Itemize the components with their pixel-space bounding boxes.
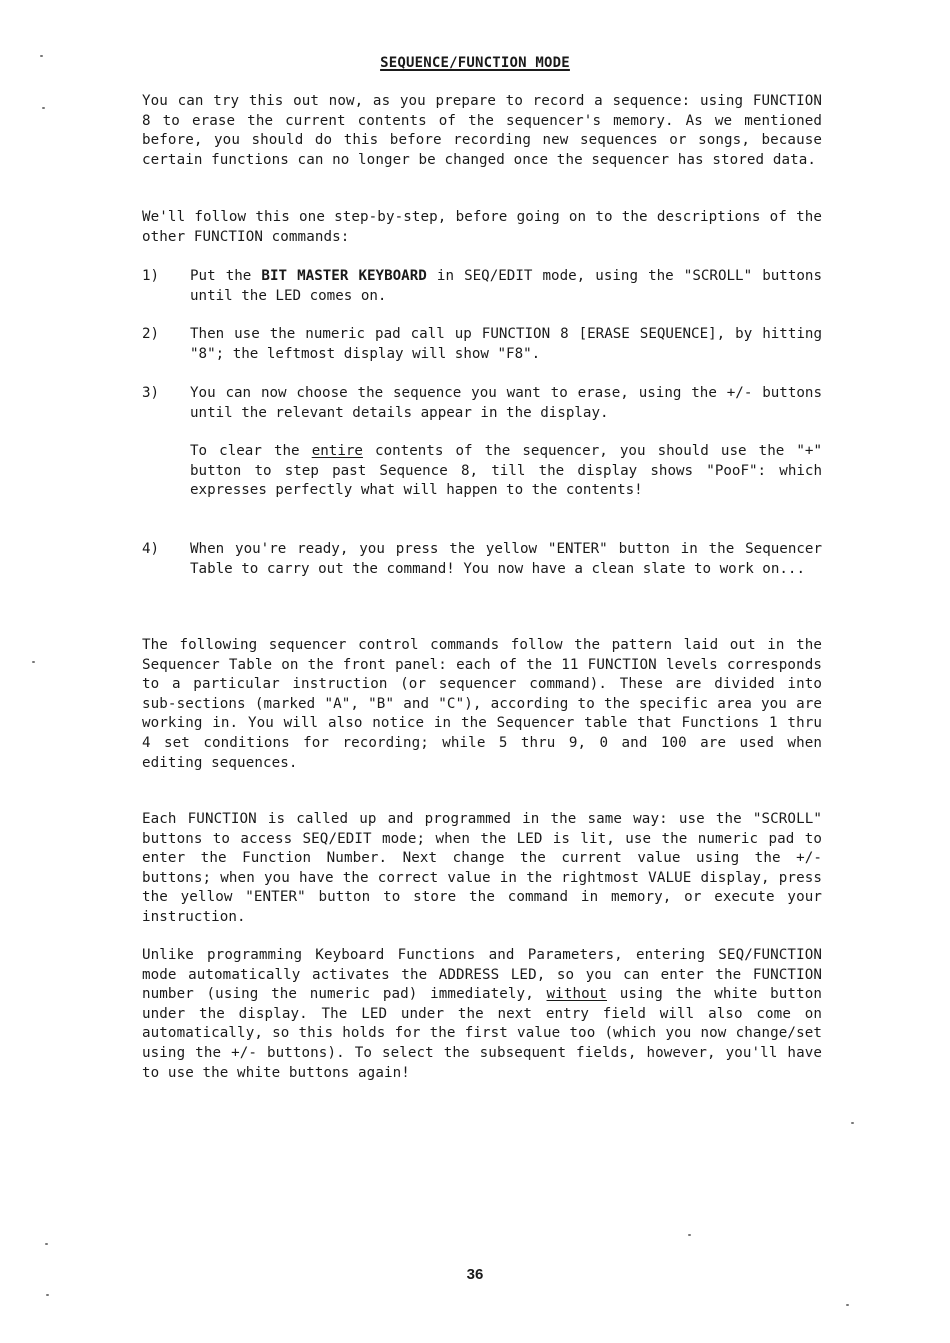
unlike-paragraph: Unlike programming Keyboard Functions an… — [142, 946, 822, 1083]
pattern-text: The following sequencer control commands… — [142, 636, 822, 773]
step-note-part: To clear the — [190, 443, 312, 459]
page-title-text: SEQUENCE/FUNCTION MODE — [380, 55, 570, 71]
step-note: To clear the entire contents of the sequ… — [190, 442, 822, 501]
scan-speck — [46, 1294, 49, 1296]
unlike-text: Unlike programming Keyboard Functions an… — [142, 946, 822, 1083]
scan-speck — [846, 1304, 849, 1306]
emphasis-underline: without — [547, 986, 608, 1002]
step-text-part: Put the — [190, 268, 261, 284]
lead-in-paragraph: We'll follow this one step-by-step, befo… — [142, 208, 822, 247]
step-3: 3) You can now choose the sequence you w… — [142, 384, 822, 501]
lead-in-text: We'll follow this one step-by-step, befo… — [142, 208, 822, 247]
product-name-bold: BIT MASTER KEYBOARD — [261, 268, 426, 284]
manual-page: SEQUENCE/FUNCTION MODE You can try this … — [0, 0, 950, 1343]
page-title: SEQUENCE/FUNCTION MODE — [0, 55, 950, 71]
step-text: Then use the numeric pad call up FUNCTIO… — [190, 325, 822, 364]
intro-paragraph: You can try this out now, as you prepare… — [142, 92, 822, 170]
step-number: 4) — [142, 540, 182, 560]
each-function-paragraph: Each FUNCTION is called up and programme… — [142, 810, 822, 928]
page-number: 36 — [0, 1266, 950, 1283]
step-number: 1) — [142, 267, 182, 287]
step-1: 1) Put the BIT MASTER KEYBOARD in SEQ/ED… — [142, 267, 822, 306]
each-function-text: Each FUNCTION is called up and programme… — [142, 810, 822, 928]
step-4: 4) When you're ready, you press the yell… — [142, 540, 822, 579]
scan-speck — [42, 107, 45, 109]
scan-speck — [40, 55, 43, 57]
step-number: 3) — [142, 384, 182, 404]
scan-speck — [45, 1243, 48, 1245]
step-2: 2) Then use the numeric pad call up FUNC… — [142, 325, 822, 364]
step-text: Put the BIT MASTER KEYBOARD in SEQ/EDIT … — [190, 267, 822, 306]
pattern-paragraph: The following sequencer control commands… — [142, 636, 822, 773]
scan-speck — [851, 1122, 854, 1124]
step-text: When you're ready, you press the yellow … — [190, 540, 822, 579]
emphasis-underline: entire — [312, 443, 363, 459]
scan-speck — [32, 661, 35, 663]
step-text: You can now choose the sequence you want… — [190, 384, 822, 423]
step-number: 2) — [142, 325, 182, 345]
scan-speck — [688, 1234, 691, 1236]
intro-text: You can try this out now, as you prepare… — [142, 92, 822, 170]
